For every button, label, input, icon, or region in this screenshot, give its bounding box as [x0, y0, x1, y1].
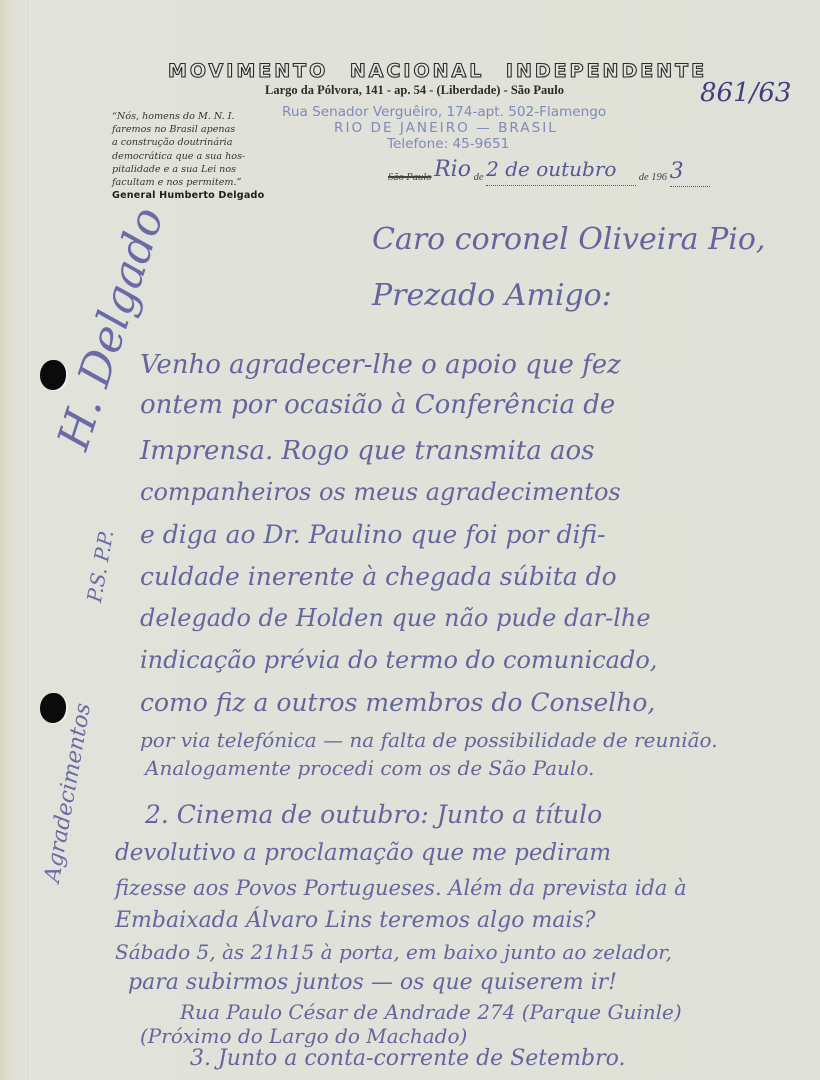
margin-note-thanks: Agradecimentos	[40, 701, 96, 884]
stamp-city: RIO DE JANEIRO — BRASIL	[282, 120, 606, 136]
handwritten-city: Rio	[434, 157, 471, 182]
reference-number: 861/63	[700, 78, 791, 108]
margin-note-ps: P.S. P.P.	[82, 528, 118, 604]
letter-line: como fiz a outros membros do Conselho,	[140, 688, 655, 717]
quote-line: democrática que a sua hos-	[112, 150, 272, 163]
letter-line: e diga ao Dr. Paulino que foi por difi-	[140, 520, 606, 549]
item-2-text: 2. Cinema de outubro: Junto a título	[145, 800, 602, 829]
printed-city: São Paulo	[388, 172, 431, 183]
quote-author: General Humberto Delgado	[112, 189, 272, 202]
letter-line: ontem por ocasião à Conferência de	[140, 390, 615, 420]
letter-line: indicação prévia do termo do comunicado,	[140, 646, 657, 674]
letter-line: Embaixada Álvaro Lins teremos algo mais?	[115, 908, 596, 933]
dateline: São Paulo Rio de 2 de outubro de 196 3	[388, 161, 718, 181]
punch-hole-bottom	[40, 693, 66, 723]
fold-line	[30, 0, 31, 1080]
letter-line: fizesse aos Povos Portugueses. Além da p…	[115, 876, 687, 900]
letter-line: Venho agradecer-lhe o apoio que fez	[140, 350, 621, 380]
letter-line: para subirmos juntos — os que quiserem i…	[128, 970, 617, 995]
letter-line: (Próximo do Largo do Machado)	[140, 1024, 467, 1048]
letter-item-3: 3. Junto a conta-corrente de Setembro.	[190, 1046, 625, 1071]
letter-line: delegado de Holden que não pude dar-lhe	[140, 604, 651, 632]
letter-line: culdade inerente à chegada súbita do	[140, 562, 617, 591]
quote-line: pitalidade e a sua Lei nos	[112, 163, 272, 176]
letter-paper: MOVIMENTO NACIONAL INDEPENDENTE Largo da…	[0, 0, 820, 1080]
year-blank: 3	[670, 161, 710, 187]
letterhead-address: Largo da Pólvora, 141 - ap. 54 - (Liberd…	[265, 83, 564, 98]
letter-line: por via telefónica — na falta de possibi…	[140, 728, 718, 752]
salutation-line-1: Caro coronel Oliveira Pio,	[372, 222, 765, 257]
quote-line: a construção doutrinária	[112, 136, 272, 149]
date-de: de	[474, 172, 484, 183]
date-year-prefix: de 196	[639, 172, 667, 183]
stamp-street: Rua Senador Verguêiro, 174-apt. 502-Flam…	[282, 104, 606, 120]
letter-item-2: 2. Cinema de outubro: Junto a título	[145, 800, 602, 829]
date-blank: 2 de outubro	[486, 161, 636, 186]
letter-line: Sábado 5, às 21h15 à porta, em baixo jun…	[115, 940, 672, 964]
quote-line: “Nós, homens do M. N. I.	[112, 110, 272, 123]
address-stamp: Rua Senador Verguêiro, 174-apt. 502-Flam…	[282, 104, 606, 152]
letterhead-organization: MOVIMENTO NACIONAL INDEPENDENTE	[168, 60, 668, 82]
salutation-line-2: Prezado Amigo:	[372, 278, 612, 313]
letter-line: Rua Paulo César de Andrade 274 (Parque G…	[180, 1000, 682, 1024]
letter-line: companheiros os meus agradecimentos	[140, 478, 621, 506]
punch-hole-top	[40, 360, 66, 390]
letterhead-quote: “Nós, homens do M. N. I. faremos no Bras…	[112, 110, 272, 202]
letter-line: Analogamente procedi com os de São Paulo…	[145, 756, 594, 780]
stamp-phone: Telefone: 45-9651	[282, 136, 606, 152]
letter-line: Imprensa. Rogo que transmita aos	[140, 436, 594, 466]
handwritten-date: 2 de outubro	[486, 157, 616, 181]
quote-line: facultam e nos permitem.”	[112, 176, 272, 189]
quote-line: faremos no Brasil apenas	[112, 123, 272, 136]
handwritten-year: 3	[670, 159, 684, 184]
letter-line: devolutivo a proclamação que me pediram	[115, 840, 611, 866]
